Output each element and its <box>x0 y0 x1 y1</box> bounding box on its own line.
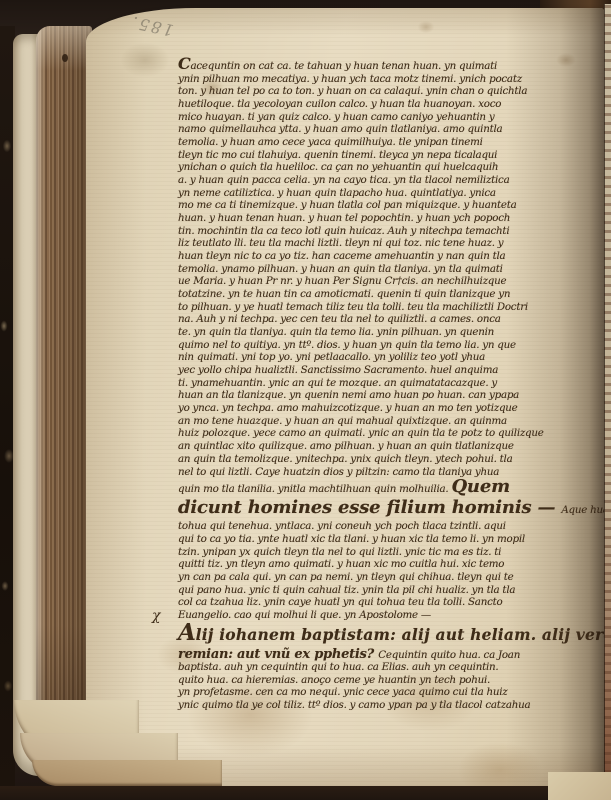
facing-page-sliver <box>604 4 611 800</box>
manuscript-line: te. yn quin tla tlaniya. quin tla temo l… <box>178 324 592 337</box>
manuscript-line: yn can pa cala qui. yn can pa nemi. yn t… <box>178 569 592 582</box>
manuscript-line: ynin pilhuan mo mecatiya. y huan ych tac… <box>178 71 592 84</box>
manuscript-line: quin mo tla tlanilia. ynitla machtilhuan… <box>178 476 592 497</box>
line-segment: ynic quimo tla ye col tiliz. ttº dios. y… <box>178 699 530 711</box>
manuscript-line: yo ynca. yn techpa. amo mahuizcotizque. … <box>178 400 592 413</box>
manuscript-line: an quin tla temolizque. ynitechpa. ynix … <box>178 451 592 464</box>
manuscript-line: quimo nel to quitiya. yn ttº. dios. y hu… <box>178 337 592 350</box>
manuscript-line: tohua qui tenehua. yntlaca. yni coneuh y… <box>178 518 592 531</box>
manuscript-line: quito hua. ca hieremias. anoço ceme ye h… <box>178 672 592 685</box>
margin-paragraph-mark: χ <box>152 608 160 624</box>
manuscript-text-block: Cacequntin on cat ca. te tahuan y huan t… <box>178 58 592 710</box>
manuscript-line: baptista. auh yn cequintin qui to hua. c… <box>178 659 592 672</box>
manuscript-line: Euangelio. cao qui molhui li que. yn Apo… <box>178 607 592 620</box>
manuscript-line: mico huayan. ti yan quiz calco. y huan c… <box>178 109 592 122</box>
line-segment: lij iohanem baptistam: alij aut heliam. … <box>196 625 611 644</box>
line-segment: Quem <box>451 476 509 497</box>
fore-edge-page-stack <box>36 26 92 774</box>
manuscript-line: dicunt homines esse filium hominis — Aqu… <box>178 497 592 518</box>
manuscript-line: to pilhuan. y ye huatl temach tiliz teu … <box>178 299 592 312</box>
manuscript-line: an quintlac xito quilizque. amo pilhuan.… <box>178 438 592 451</box>
manuscript-line: namo quimellauhca ytta. y huan amo quin … <box>178 121 592 134</box>
manuscript-line: mo me ca ti tinemizque. y huan tlatla co… <box>178 197 592 210</box>
folio-number-annotation: 185. <box>103 7 175 40</box>
manuscript-line: remian: aut vnũ ex pphetis? Cequintin qu… <box>178 646 592 659</box>
manuscript-line: a. y huan quin pacca celia. yn na cayo t… <box>178 172 592 185</box>
manuscript-line: ynichan o quich tla hueliloc. ca çan no … <box>178 159 592 172</box>
manuscript-line: temolia. y huan amo cece yaca quimilhuiy… <box>178 134 592 147</box>
manuscript-line: yn profetasme. cen ca mo nequi. ynic cec… <box>178 684 592 697</box>
page-bottom-right-corner <box>548 772 611 800</box>
manuscript-line: tin. mochintin tla ca teco lotl quin hui… <box>178 223 592 236</box>
manuscript-line: huan. y huan tenan huan. y huan tel popo… <box>178 210 592 223</box>
line-segment: quin mo tla tlanilia. ynitla machtilhuan… <box>178 483 451 495</box>
manuscript-line: yn neme catiliztica. y huan quin tlapach… <box>178 185 592 198</box>
line-segment: A <box>178 619 196 646</box>
manuscript-line: yec yollo chipa hualiztli. Sanctissimo S… <box>178 362 592 375</box>
manuscript-line: huetiloque. tla yecoloyan cuilon calco. … <box>178 96 592 109</box>
manuscript-line: an mo tene huazque. y huan an qui mahual… <box>178 413 592 426</box>
manuscript-line: nin quimati. yni top yo. yni petlaacallo… <box>178 349 592 362</box>
binding-bottom-strip <box>0 786 611 800</box>
manuscript-line: ton. y huan tel po ca to ton. y huan on … <box>178 83 592 96</box>
manuscript-line: huiz polozque. yece camo an quimati. yni… <box>178 425 592 438</box>
manuscript-page: 185. χ Cacequntin on cat ca. te tahuan y… <box>86 8 604 790</box>
manuscript-line: huan an tla tlanizque. yn quenin nemi am… <box>178 387 592 400</box>
manuscript-line: liz teutlato lli. teu tla machi liztli. … <box>178 235 592 248</box>
manuscript-line: qui pano hua. ynic ti quin cahual tiz. y… <box>178 582 592 595</box>
manuscript-line: huan tleyn nic to ca yo tiz. han caceme … <box>178 248 592 261</box>
page-curl-edge <box>32 760 222 786</box>
manuscript-line: quitti tiz. yn tleyn amo quimati. y huan… <box>178 556 592 569</box>
manuscript-line: ue Maria. y huan Pr nr. y huan Per Signu… <box>178 273 592 286</box>
manuscript-line: temolia. ynamo pilhuan. y huan an quin t… <box>178 261 592 274</box>
manuscript-line: tzin. ynipan yx quich tleyn tla nel to q… <box>178 544 592 557</box>
manuscript-line: nel to qui liztli. Caye huatzin dios y p… <box>178 464 592 477</box>
manuscript-line: na. Auh y ni techpa. yec cen teu tla nel… <box>178 311 592 324</box>
line-segment: dicunt homines esse filium hominis — <box>178 497 561 518</box>
manuscript-line: tleyn tic mo cui tlahuiya. quenin tinemi… <box>178 147 592 160</box>
manuscript-line: col ca tzahua liz. ynin caye huatl yn qu… <box>178 594 592 607</box>
manuscript-line: ti. ynamehuantin. ynic an qui te mozque.… <box>178 375 592 388</box>
manuscript-line: Cacequntin on cat ca. te tahuan y huan t… <box>178 58 592 71</box>
manuscript-line: qui to ca yo tia. ynte huatl xic tla tla… <box>178 531 592 544</box>
manuscript-line: totatzine. yn te huan tin ca amoticmati.… <box>178 286 592 299</box>
manuscript-line: ynic quimo tla ye col tiliz. ttº dios. y… <box>178 697 592 710</box>
manuscript-line: Alij iohanem baptistam: alij aut heliam.… <box>178 620 592 646</box>
ink-speck <box>62 54 68 62</box>
